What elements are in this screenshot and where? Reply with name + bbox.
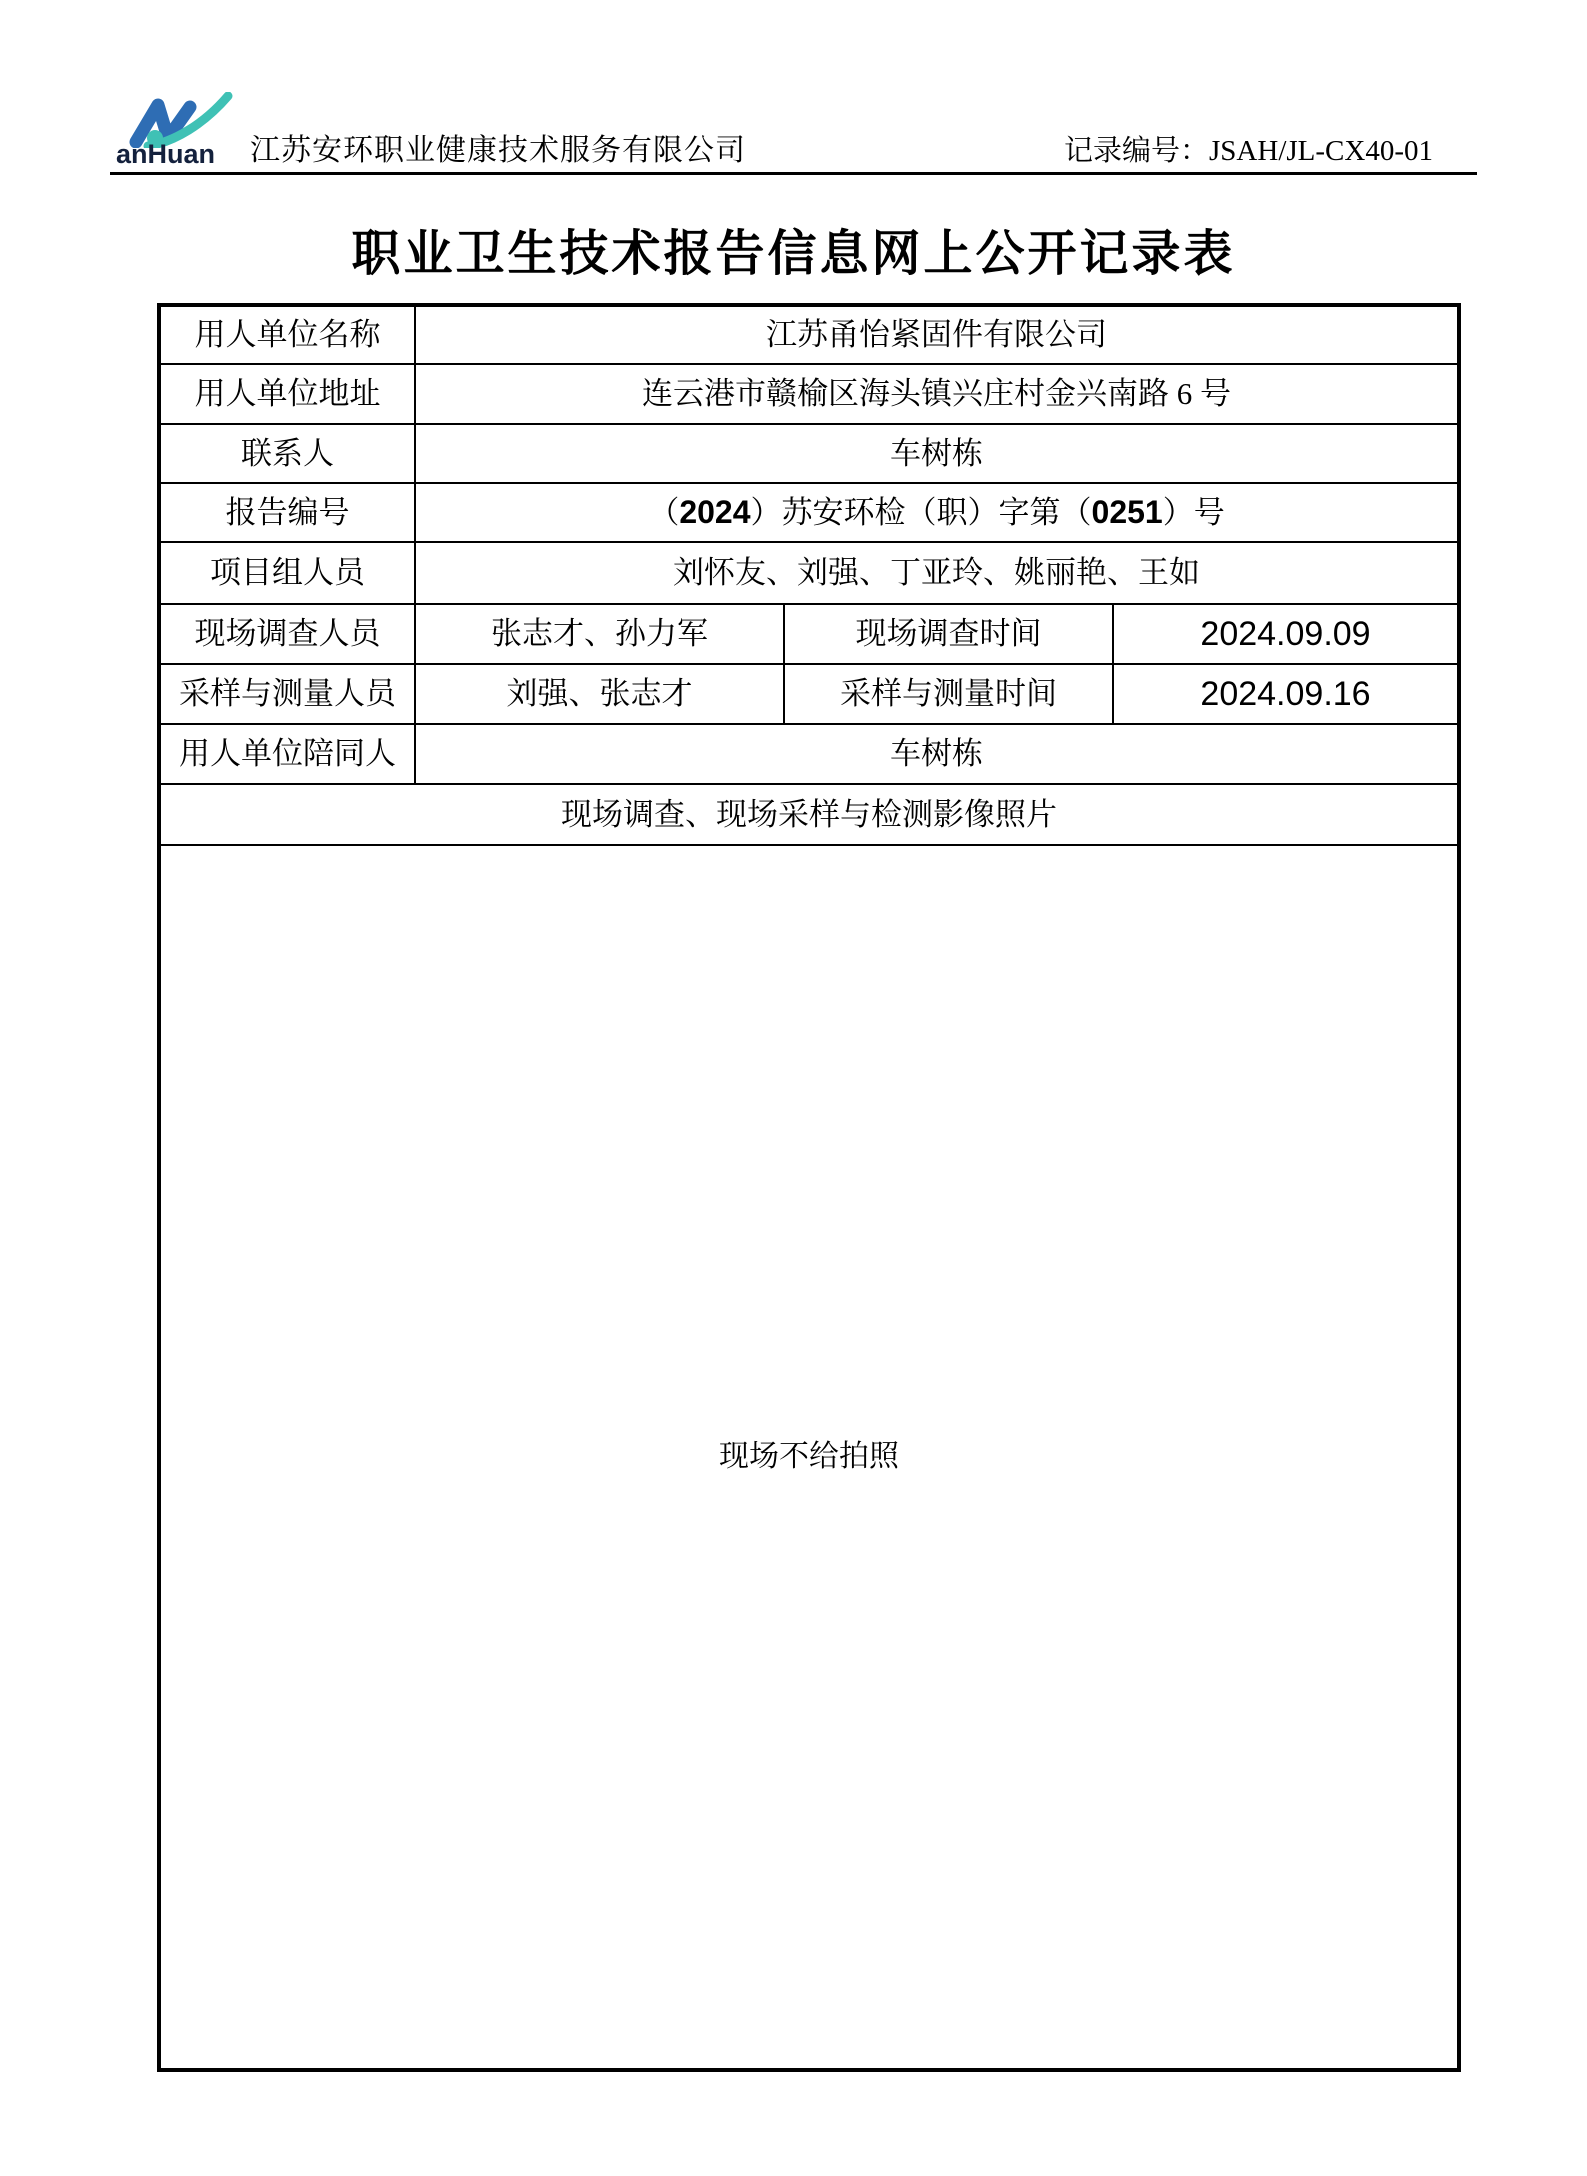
table-row: 用人单位陪同人 车树栋	[159, 724, 1459, 784]
field-value-sampling-staff: 刘强、张志才	[415, 664, 784, 724]
record-number-value: JSAH/JL-CX40-01	[1209, 135, 1433, 167]
report-number-text: ）苏安环检（职）字第（	[751, 495, 1092, 530]
field-label-employer-address: 用人单位地址	[159, 364, 415, 424]
document-page: anHuan 江苏安环职业健康技术服务有限公司 记录编号：JSAH/JL-CX4…	[0, 0, 1587, 2176]
record-number: 记录编号：JSAH/JL-CX40-01	[1064, 136, 1433, 168]
report-number-text: （	[648, 495, 679, 530]
logo-wordmark: anHuan	[116, 141, 215, 168]
field-label-sampling-staff: 采样与测量人员	[159, 664, 415, 724]
field-value-sampling-time: 2024.09.16	[1113, 664, 1459, 724]
anhuan-logo: anHuan	[116, 94, 252, 168]
table-row: 用人单位名称 江苏甬怡紧固件有限公司	[159, 305, 1459, 364]
field-label-employer-name: 用人单位名称	[159, 305, 415, 364]
table-row: 联系人 车树栋	[159, 424, 1459, 483]
record-number-label: 记录编号：	[1064, 135, 1209, 167]
field-label-sampling-time: 采样与测量时间	[784, 664, 1113, 724]
field-value-survey-staff: 张志才、孙力军	[415, 604, 784, 664]
field-value-contact: 车树栋	[415, 424, 1459, 483]
field-label-accompanying-person: 用人单位陪同人	[159, 724, 415, 784]
table-row: 现场调查人员 张志才、孙力军 现场调查时间 2024.09.09	[159, 604, 1459, 664]
record-form-table: 用人单位名称 江苏甬怡紧固件有限公司 用人单位地址 连云港市赣榆区海头镇兴庄村金…	[157, 303, 1461, 2072]
table-row: 现场调查、现场采样与检测影像照片	[159, 784, 1459, 845]
table-row: 报告编号 （2024）苏安环检（职）字第（0251）号	[159, 483, 1459, 542]
photo-section-header: 现场调查、现场采样与检测影像照片	[159, 784, 1459, 845]
record-form: 用人单位名称 江苏甬怡紧固件有限公司 用人单位地址 连云港市赣榆区海头镇兴庄村金…	[157, 303, 1457, 2072]
field-label-survey-time: 现场调查时间	[784, 604, 1113, 664]
field-label-project-team: 项目组人员	[159, 542, 415, 604]
photo-placeholder-cell: 现场不给拍照	[159, 845, 1459, 2070]
table-row: 采样与测量人员 刘强、张志才 采样与测量时间 2024.09.16	[159, 664, 1459, 724]
field-value-employer-name: 江苏甬怡紧固件有限公司	[415, 305, 1459, 364]
report-number-serial: 0251	[1092, 494, 1163, 530]
report-number-year: 2024	[679, 494, 750, 530]
field-label-contact: 联系人	[159, 424, 415, 483]
field-label-survey-staff: 现场调查人员	[159, 604, 415, 664]
page-title: 职业卫生技术报告信息网上公开记录表	[0, 226, 1587, 282]
field-value-employer-address: 连云港市赣榆区海头镇兴庄村金兴南路 6 号	[415, 364, 1459, 424]
field-value-project-team: 刘怀友、刘强、丁亚玲、姚丽艳、王如	[415, 542, 1459, 604]
header-divider	[110, 172, 1477, 175]
table-row: 现场不给拍照	[159, 845, 1459, 2070]
field-label-report-number: 报告编号	[159, 483, 415, 542]
field-value-survey-time: 2024.09.09	[1113, 604, 1459, 664]
field-value-accompanying-person: 车树栋	[415, 724, 1459, 784]
table-row: 项目组人员 刘怀友、刘强、丁亚玲、姚丽艳、王如	[159, 542, 1459, 604]
field-value-report-number: （2024）苏安环检（职）字第（0251）号	[415, 483, 1459, 542]
report-number-text: ）号	[1163, 495, 1225, 530]
table-row: 用人单位地址 连云港市赣榆区海头镇兴庄村金兴南路 6 号	[159, 364, 1459, 424]
company-name: 江苏安环职业健康技术服务有限公司	[250, 134, 746, 167]
